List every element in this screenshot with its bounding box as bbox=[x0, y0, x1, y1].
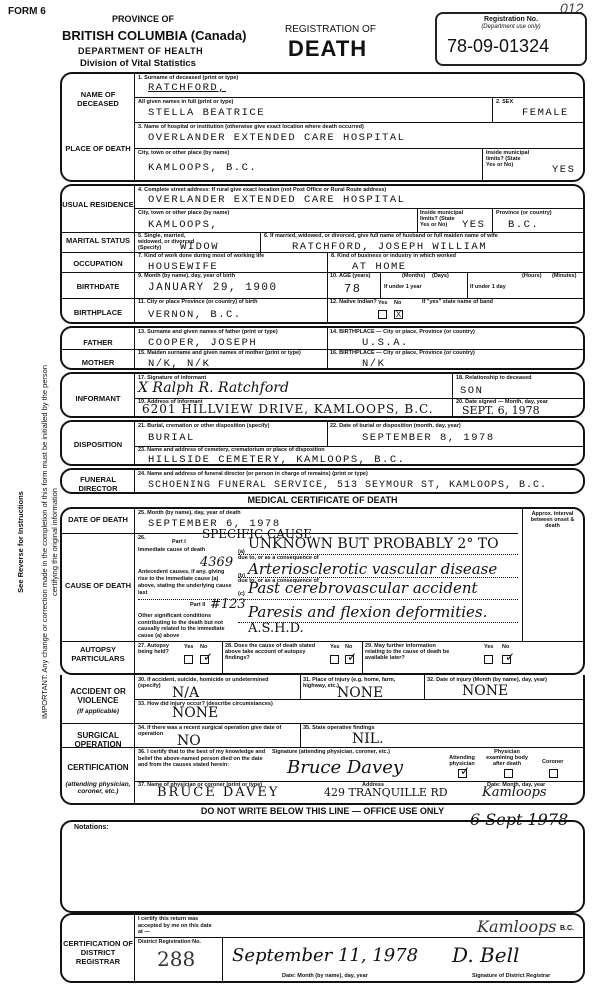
caption-address: 4. Complete street address: If rural giv… bbox=[138, 187, 386, 193]
place-of-death-municipal: YES bbox=[552, 164, 575, 176]
caption-age: 10. AGE (years) bbox=[330, 273, 370, 279]
caption-immediate: Immediate cause of death bbox=[138, 547, 205, 553]
office-use-line: DO NOT WRITE BELOW THIS LINE — OFFICE US… bbox=[60, 806, 585, 816]
section-name-place: NAME OF DECEASED 1. Surname of deceased … bbox=[60, 72, 585, 182]
caption-part2: Part II bbox=[190, 602, 205, 608]
caption-res-city: City, town or other place (by name) bbox=[138, 210, 229, 216]
label-funeral-director: FUNERAL DIRECTOR bbox=[62, 475, 134, 493]
caption-res-municipal: Inside municipal limits? (State Yes or N… bbox=[420, 210, 465, 228]
place-of-death-hospital: OVERLANDER EXTENDED CARE HOSPITAL bbox=[148, 132, 405, 144]
q29-yes-label: Yes bbox=[484, 644, 493, 650]
registrar-date: September 11, 1978 bbox=[232, 945, 418, 966]
q29-further-info: 29. May further information relating to … bbox=[365, 643, 455, 661]
coroner-label: Coroner bbox=[542, 759, 563, 765]
department: DEPARTMENT OF HEALTH bbox=[78, 46, 203, 56]
residence-city: KAMLOOPS, bbox=[148, 219, 218, 231]
instructions-note: See Reverse for Instructions bbox=[16, 352, 26, 732]
disposition-method: BURIAL bbox=[148, 432, 195, 444]
caption-registrar-accept: I certify this return was accepted by me… bbox=[138, 916, 218, 936]
disposition-place: HILLSIDE CEMETERY, KAMLOOPS, B.C. bbox=[148, 454, 405, 466]
caption-given: All given names in full (print or type) bbox=[138, 99, 233, 105]
q28-autopsy-findings: 28. Does the cause of death stated above… bbox=[225, 643, 325, 661]
physician-signature: Bruce Davey bbox=[287, 757, 403, 778]
q29-yes-checkbox[interactable] bbox=[484, 655, 493, 664]
cause-code-1: 4369 bbox=[200, 555, 233, 570]
cause-b: Arteriosclerotic vascular disease bbox=[248, 560, 497, 578]
a35-operative-findings: NIL. bbox=[352, 731, 384, 747]
a33-injury-how: NONE bbox=[172, 705, 218, 721]
label-informant: INFORMANT bbox=[62, 394, 134, 403]
caption-city: City, town or other place (by name) bbox=[138, 150, 229, 156]
caption-death-date: 25. Month (by name), day, year of death bbox=[138, 510, 241, 516]
examining-physician-label: Physician examining body after death bbox=[482, 749, 532, 767]
caption-method: 21. Burial, cremation or other dispositi… bbox=[138, 423, 269, 429]
label-accident-sub: (If applicable) bbox=[62, 707, 134, 716]
caption-physician-signature: Signature (attending physician, coroner,… bbox=[272, 749, 390, 755]
label-marital-status: MARITAL STATUS bbox=[62, 236, 134, 245]
caption-months: (Months) bbox=[402, 273, 425, 279]
residence-province: B.C. bbox=[508, 219, 539, 231]
caption-band: If "yes" state name of band bbox=[422, 299, 493, 305]
caption-birthplace: 11. City or place Province (or country) … bbox=[138, 299, 258, 305]
caption-district-no: District Registration No. bbox=[138, 939, 201, 945]
registrar-bc: B.C. bbox=[560, 925, 574, 932]
a32-injury-date: NONE bbox=[462, 683, 508, 699]
caption-cause-num: 26. bbox=[138, 535, 146, 541]
label-mother: MOTHER bbox=[62, 358, 134, 367]
label-occupation: OCCUPATION bbox=[62, 259, 134, 268]
label-certification-sub: (attending physician, coroner, etc.) bbox=[62, 781, 134, 795]
registrar-place: Kamloops bbox=[477, 917, 557, 936]
mother-birthplace: N/K bbox=[362, 358, 385, 370]
reg-box-label: Registration No. bbox=[437, 16, 585, 23]
caption-relationship: 18. Relationship to deceased bbox=[456, 375, 532, 381]
coroner-checkbox[interactable] bbox=[549, 769, 558, 778]
form-number: FORM 6 bbox=[8, 6, 46, 17]
attending-physician-checkbox[interactable]: ✓ bbox=[458, 769, 467, 778]
medical-certificate-title: MEDICAL CERTIFICATE OF DEATH bbox=[60, 495, 585, 505]
certification-place: Kamloops bbox=[482, 785, 547, 800]
caption-native: 12. Native Indian? bbox=[330, 299, 377, 305]
registration-number-box: Registration No. (Department use only) 7… bbox=[435, 12, 587, 66]
informant-address: 6201 HILLVIEW DRIVE, KAMLOOPS, B.C. bbox=[142, 402, 434, 416]
caption-funeral: 24. Name and address of funeral director… bbox=[138, 471, 368, 477]
notations-label: Notations: bbox=[74, 824, 109, 831]
caption-spouse: 6. If married, widowed, or divorced, giv… bbox=[264, 233, 498, 239]
caption-no: No bbox=[394, 300, 401, 306]
caption-mother: 15. Maiden surname and given names of mo… bbox=[138, 350, 301, 356]
section-registrar: CERTIFICATION OF DISTRICT REGISTRAR I ce… bbox=[60, 913, 585, 983]
q27-yes-label: Yes bbox=[184, 644, 193, 650]
caption-disposition-date: 22. Date of burial or disposition (month… bbox=[330, 423, 461, 429]
caption-under-year: If under 1 year bbox=[384, 284, 422, 290]
cause-c: Past cerebrovascular accident bbox=[248, 579, 478, 597]
disposition-date: SEPTEMBER 8, 1978 bbox=[362, 432, 495, 444]
document-title: DEATH bbox=[288, 36, 367, 62]
label-birthdate: BIRTHDATE bbox=[62, 282, 134, 291]
caption-hospital: 3. Name of hospital or institution (othe… bbox=[138, 124, 364, 130]
q29-no-checkbox[interactable]: ✓ bbox=[502, 655, 511, 664]
caption-sex: 2. SEX bbox=[496, 99, 513, 105]
label-father: FATHER bbox=[62, 338, 134, 347]
residence-address: OVERLANDER EXTENDED CARE HOSPITAL bbox=[148, 194, 405, 206]
caption-municipal: Inside municipal limits? (State Yes or N… bbox=[486, 150, 531, 168]
q34-surgery-date: 34. If there was a recent surgical opera… bbox=[138, 725, 288, 737]
section-disposition: DISPOSITION 21. Burial, cremation or oth… bbox=[60, 420, 585, 466]
birthdate-value: JANUARY 29, 1900 bbox=[148, 282, 278, 294]
physician-address: 429 TRANQUILLE RD bbox=[324, 786, 448, 799]
registrar-signature: D. Bell bbox=[452, 943, 519, 967]
province-name: BRITISH COLUMBIA (Canada) bbox=[62, 28, 246, 43]
caption-father-birthplace: 14. BIRTHPLACE — City or place, Province… bbox=[330, 329, 475, 335]
label-autopsy: AUTOPSY PARTICULARS bbox=[62, 645, 134, 663]
label-district-registrar: CERTIFICATION OF DISTRICT REGISTRAR bbox=[62, 939, 134, 966]
registration-number: 78-09-01324 bbox=[447, 36, 549, 57]
caption-birthdate: 9. Month (by name), day, year of birth bbox=[138, 273, 235, 279]
father-name: COOPER, JOSEPH bbox=[148, 337, 257, 349]
section-parents: FATHER 13. Surname and given names of fa… bbox=[60, 326, 585, 370]
cause-a: UNKNOWN BUT PROBABLY 2° TO bbox=[248, 536, 499, 552]
caption-days: (Days) bbox=[432, 273, 449, 279]
informant-signature: X Ralph R. Ratchford bbox=[138, 380, 289, 396]
caption-other-conditions: Other significant conditions contributin… bbox=[138, 613, 234, 639]
father-birthplace: U.S.A. bbox=[362, 337, 409, 349]
caption-part1: Part I bbox=[172, 539, 186, 545]
caption-registrar-date: Date: Month (by name), day, year bbox=[282, 973, 368, 979]
caption-mother-birthplace: 16. BIRTHPLACE — City or place, Province… bbox=[330, 350, 475, 356]
caption-hours: (Hours) bbox=[522, 273, 542, 279]
birthplace-city: VERNON, B.C. bbox=[148, 309, 242, 321]
caption-antecedent: Antecedent causes, if any, giving rise t… bbox=[138, 569, 234, 597]
label-certification: CERTIFICATION bbox=[62, 763, 134, 772]
caption-surname: 1. Surname of deceased (print or type) bbox=[138, 75, 238, 81]
caption-yes: Yes bbox=[378, 300, 387, 306]
label-usual-residence: USUAL RESIDENCE bbox=[62, 200, 134, 209]
cause-part2-line2: A.S.H.D. bbox=[248, 621, 304, 636]
section-informant: INFORMANT 17. Signature of informant X R… bbox=[60, 372, 585, 418]
deceased-given-names: STELLA BEATRICE bbox=[148, 107, 265, 119]
q27-yes-checkbox[interactable] bbox=[184, 655, 193, 664]
q30-accident-type: 30. If accident, suicide, homicide or un… bbox=[138, 677, 288, 689]
native-yes-checkbox[interactable] bbox=[378, 310, 387, 319]
caption-industry: 8. Kind of business or industry in which… bbox=[331, 253, 456, 259]
caption-interval: Approx. interval between onset & death bbox=[525, 511, 580, 529]
q28-yes-checkbox[interactable] bbox=[330, 655, 339, 664]
q28-yes-label: Yes bbox=[330, 644, 339, 650]
section-notations: Notations: bbox=[60, 820, 585, 913]
label-disposition: DISPOSITION bbox=[62, 440, 134, 449]
section-funeral: FUNERAL DIRECTOR 24. Name and address of… bbox=[60, 468, 585, 494]
cause-code-2: #123 bbox=[210, 597, 246, 612]
caption-minutes: (Minutes) bbox=[552, 273, 576, 279]
caption-cemetery: 23. Name and address of cemetery, cremat… bbox=[138, 447, 325, 453]
informant-relationship: SON bbox=[460, 385, 483, 397]
mother-name: N/K, N/K bbox=[148, 358, 210, 370]
section-medical: DATE OF DEATH 25. Month (by name), day, … bbox=[60, 507, 585, 675]
important-note: IMPORTANT: Any change or correction made… bbox=[40, 352, 60, 732]
division: Division of Vital Statistics bbox=[80, 58, 196, 69]
label-place-of-death: PLACE OF DEATH bbox=[62, 144, 134, 153]
label-date-of-death: DATE OF DEATH bbox=[62, 515, 134, 524]
deceased-sex: FEMALE bbox=[522, 107, 569, 119]
certification-statement: 36. I certify that to the best of my kno… bbox=[138, 749, 268, 769]
section-accident-certification: ACCIDENT OR VIOLENCE (If applicable) 30.… bbox=[60, 675, 585, 805]
province-of: PROVINCE OF bbox=[112, 14, 174, 24]
age-years: 78 bbox=[344, 282, 361, 296]
q27-no-checkbox[interactable]: ✓ bbox=[200, 655, 209, 664]
caption-registrar-signature: Signature of District Registrar bbox=[472, 973, 550, 979]
caption-under-day: If under 1 day bbox=[470, 284, 506, 290]
native-no-checkbox[interactable]: X bbox=[394, 310, 403, 319]
residence-municipal: YES bbox=[462, 219, 485, 231]
reg-box-sub: (Department use only) bbox=[437, 24, 585, 30]
section-personal: USUAL RESIDENCE 4. Complete street addre… bbox=[60, 184, 585, 324]
funeral-director: SCHOENING FUNERAL SERVICE, 513 SEYMOUR S… bbox=[148, 480, 547, 491]
caption-work: 7. Kind of work done during most of work… bbox=[138, 253, 264, 259]
cause-part2-line1: Paresis and flexion deformities. bbox=[248, 603, 487, 621]
district-registration-number: 288 bbox=[157, 947, 195, 971]
caption-father: 13. Surname and given names of father (p… bbox=[138, 329, 278, 335]
label-accident: ACCIDENT OR VIOLENCE bbox=[62, 687, 134, 705]
physician-name: BRUCE DAVEY bbox=[157, 785, 280, 800]
informant-date: SEPT. 6, 1978 bbox=[462, 404, 540, 417]
caption-res-province: Province (or country) bbox=[496, 210, 552, 216]
label-cause-of-death: CAUSE OF DEATH bbox=[62, 581, 134, 590]
deceased-surname: RATCHFORD, bbox=[148, 82, 226, 94]
label-name-of-deceased: NAME OF DECEASED bbox=[62, 90, 134, 108]
q27-autopsy: 27. Autopsy being held? bbox=[138, 643, 178, 655]
registration-of: REGISTRATION OF bbox=[285, 24, 376, 35]
label-birthplace: BIRTHPLACE bbox=[62, 308, 134, 317]
place-of-death-city: KAMLOOPS, B.C. bbox=[148, 162, 257, 174]
q28-no-checkbox[interactable]: ✓ bbox=[345, 655, 354, 664]
side-notes: See Reverse for Instructions IMPORTANT: … bbox=[8, 340, 48, 720]
examining-physician-checkbox[interactable] bbox=[504, 769, 513, 778]
